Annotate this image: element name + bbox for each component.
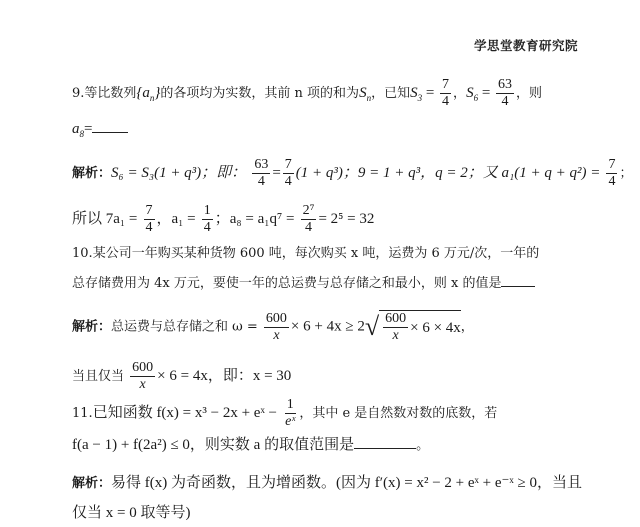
text: ，其中 e 是自然数对数的底数，若	[299, 406, 497, 421]
s6-fraction: 634	[496, 77, 514, 110]
text: 等比数列	[84, 86, 136, 101]
math: 所以 7a₁ =	[72, 211, 137, 227]
square-root: √600x× 6 × 4x	[365, 310, 461, 344]
s6-symbol: S6	[466, 85, 478, 101]
text: ，则	[516, 86, 542, 101]
math: S₆ = S₃(1 + q³)；即：	[111, 165, 246, 181]
text: 的各项均为实数，其前 n 项的和为	[160, 86, 359, 101]
problem-11-question-line-1: 11.已知函数 f(x) = x³ − 2x + eˣ − 1eˣ，其中 e 是…	[72, 397, 497, 430]
fraction: 634	[252, 157, 270, 190]
problem-9-solution-line-1: 解析：S₆ = S₃(1 + q³)；即： 634=74(1 + q³)；9 =…	[72, 157, 633, 190]
math: × 6 + 4x ≥ 2	[291, 319, 365, 335]
math: ，a₁ =	[157, 211, 196, 227]
answer-blank	[92, 118, 128, 133]
text: 当且仅当	[72, 369, 124, 384]
text: ，已知	[371, 86, 410, 101]
problem-9-question-line-2: a8=	[72, 118, 128, 144]
fraction: 74	[144, 203, 155, 236]
text: 总存储费用为 4x 万元，要使一年的总运费与总存储之和最小，则 x 的值是	[72, 276, 501, 291]
math: (1 + q³)；9 = 1 + q³，q = 2；又 a₁(1 + q + q…	[296, 165, 601, 181]
answer-blank	[501, 272, 535, 287]
problem-11-question-line-2: f(a − 1) + f(2a²) ≤ 0，则实数 a 的取值范围是。	[72, 434, 429, 456]
s3-fraction: 74	[440, 77, 451, 110]
problem-11-solution-line-2: 仅当 x = 0 取等号)	[72, 503, 190, 524]
fraction: 2⁷4	[301, 203, 317, 236]
problem-10-question-line-1: 10.某公司一年购买某种货物 600 吨，每次购买 x 吨，运费为 6 万元/次…	[72, 244, 539, 264]
problem-10-solution-line-2: 当且仅当 600x× 6 = 4x，即：x = 30	[72, 360, 291, 393]
fraction: 74	[283, 157, 294, 190]
page-header-org: 学思堂教育研究院	[474, 36, 578, 54]
fraction: 1eˣ	[283, 397, 297, 430]
fraction: 600x	[130, 360, 155, 393]
solution-label: 解析：	[72, 166, 111, 181]
problem-10-question-line-2: 总存储费用为 4x 万元，要使一年的总运费与总存储之和最小，则 x 的值是	[72, 272, 535, 294]
math: × 6 = 4x，即：x = 30	[157, 368, 291, 384]
solution-label: 解析：	[72, 476, 111, 491]
sn-symbol: Sn	[359, 85, 371, 101]
problem-11-solution-line-1: 解析：易得 f(x) 为奇函数，且为增函数。(因为 f′(x) = x² − 2…	[72, 473, 582, 494]
math: 已知函数 f(x) = x³ − 2x + eˣ −	[93, 405, 277, 421]
problem-number: 10.	[72, 246, 93, 261]
math: 仅当 x = 0 取等号)	[72, 505, 190, 521]
equals: =	[84, 121, 92, 137]
text: 某公司一年购买某种货物 600 吨，每次购买 x 吨，运费为 6 万元/次，一年…	[93, 246, 540, 261]
problem-10-solution-line-1: 解析：总运费与总存储之和 ω = 600x× 6 + 4x ≥ 2√600x× …	[72, 310, 474, 344]
problem-9-question-line-1: 9.等比数列{an}的各项均为实数，其前 n 项的和为Sn，已知S3 = 74，…	[72, 77, 542, 110]
problem-number: 9.	[72, 86, 84, 101]
s3-symbol: S3	[410, 85, 422, 101]
math: = 2⁵ = 32	[318, 211, 374, 227]
problem-number: 11.	[72, 406, 93, 421]
math: f(a − 1) + f(2a²) ≤ 0，则实数 a 的取值范围是	[72, 437, 354, 453]
text: 总运费与总存储之和 ω =	[111, 320, 258, 335]
solution-label: 解析：	[72, 320, 111, 335]
fraction: 600x	[264, 311, 289, 344]
fraction: 14	[202, 203, 213, 236]
problem-9-solution-line-2: 所以 7a₁ = 74，a₁ = 14；a₈ = a₁q⁷ = 2⁷4= 2⁵ …	[72, 203, 374, 236]
math: ；a₈ = a₁q⁷ =	[215, 211, 295, 227]
math: 易得 f(x) 为奇函数，且为增函数。(因为 f′(x) = x² − 2 + …	[111, 475, 582, 491]
answer-blank	[354, 434, 416, 449]
seq-symbol: {an}	[136, 85, 160, 101]
fraction: 74	[606, 157, 617, 190]
a8-symbol: a8	[72, 121, 84, 137]
